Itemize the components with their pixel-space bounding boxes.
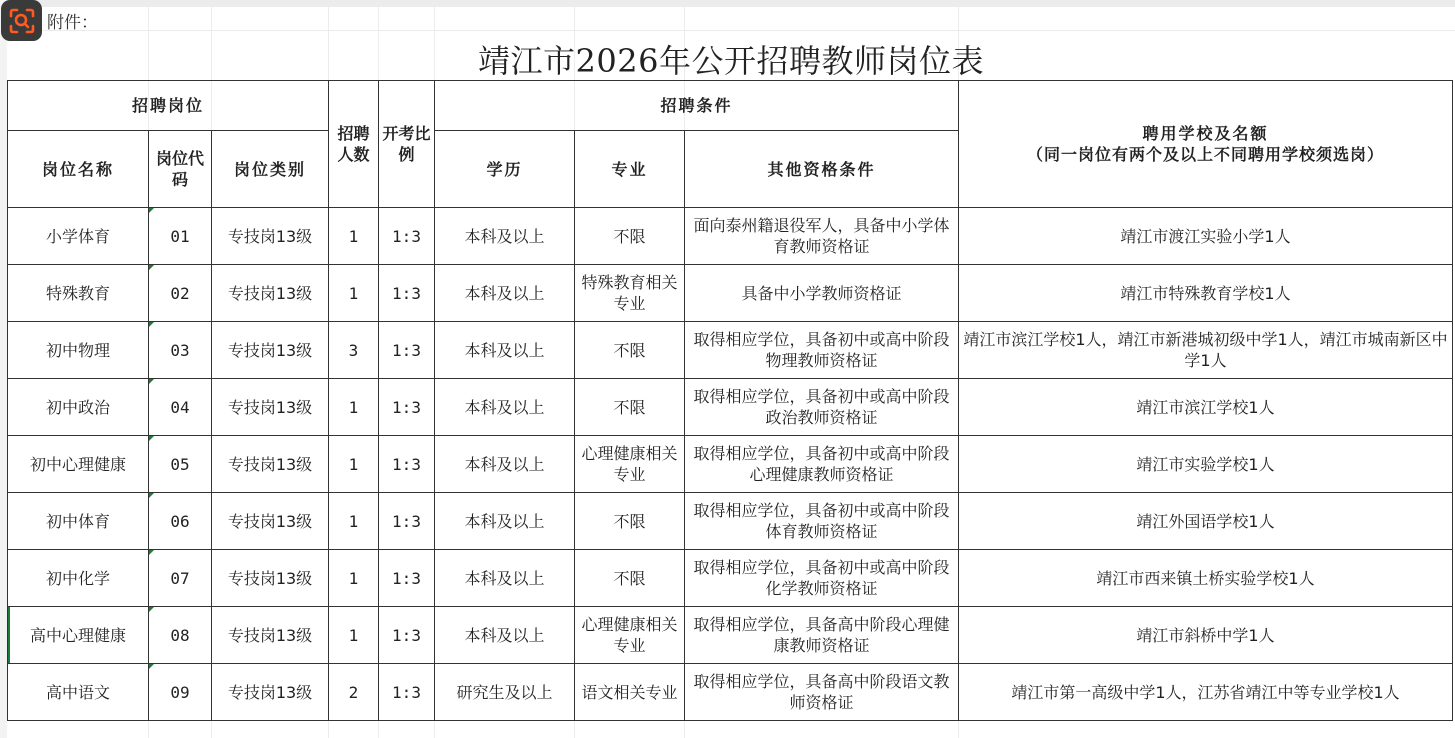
cell-exam-ratio[interactable]: 1:3 xyxy=(379,379,435,436)
cell-position-type[interactable]: 专技岗13级 xyxy=(212,436,329,493)
cell-major[interactable]: 不限 xyxy=(575,208,685,265)
cell-schools[interactable]: 靖江市实验学校1人 xyxy=(959,436,1453,493)
cell-schools[interactable]: 靖江市斜桥中学1人 xyxy=(959,607,1453,664)
cell-major[interactable]: 不限 xyxy=(575,322,685,379)
cell-schools[interactable]: 靖江市特殊教育学校1人 xyxy=(959,265,1453,322)
header-major: 专业 xyxy=(575,131,685,208)
cell-schools[interactable]: 靖江市滨江学校1人 xyxy=(959,379,1453,436)
cell-education[interactable]: 本科及以上 xyxy=(435,322,575,379)
header-hire-count: 招聘人数 xyxy=(329,81,379,208)
row-header-gutter xyxy=(0,0,7,738)
cell-education[interactable]: 本科及以上 xyxy=(435,379,575,436)
table-row: 初中体育 06 专技岗13级 1 1:3 本科及以上 不限 取得相应学位，具备初… xyxy=(8,493,1453,550)
cell-position-type[interactable]: 专技岗13级 xyxy=(212,607,329,664)
table-row: 特殊教育 02 专技岗13级 1 1:3 本科及以上 特殊教育相关专业 具备中小… xyxy=(8,265,1453,322)
cell-exam-ratio[interactable]: 1:3 xyxy=(379,322,435,379)
cell-exam-ratio[interactable]: 1:3 xyxy=(379,664,435,721)
cell-other-conditions[interactable]: 具备中小学教师资格证 xyxy=(685,265,959,322)
cell-position-type[interactable]: 专技岗13级 xyxy=(212,265,329,322)
cell-major[interactable]: 不限 xyxy=(575,379,685,436)
header-schools-note: （同一岗位有两个及以上不同聘用学校须选岗） xyxy=(961,144,1450,165)
cell-position-code[interactable]: 02 xyxy=(149,265,212,322)
cell-major[interactable]: 不限 xyxy=(575,493,685,550)
cell-position-type[interactable]: 专技岗13级 xyxy=(212,664,329,721)
table-row: 初中化学 07 专技岗13级 1 1:3 本科及以上 不限 取得相应学位，具备初… xyxy=(8,550,1453,607)
recruitment-table: 招聘岗位 招聘人数 开考比例 招聘条件 聘用学校及名额 （同一岗位有两个及以上不… xyxy=(7,80,1453,721)
cell-position-code[interactable]: 03 xyxy=(149,322,212,379)
cell-position-code[interactable]: 04 xyxy=(149,379,212,436)
cell-major[interactable]: 语文相关专业 xyxy=(575,664,685,721)
table-row: 初中心理健康 05 专技岗13级 1 1:3 本科及以上 心理健康相关专业 取得… xyxy=(8,436,1453,493)
cell-exam-ratio[interactable]: 1:3 xyxy=(379,208,435,265)
table-row: 小学体育 01 专技岗13级 1 1:3 本科及以上 不限 面向泰州籍退役军人，… xyxy=(8,208,1453,265)
cell-position-code[interactable]: 07 xyxy=(149,550,212,607)
cell-exam-ratio[interactable]: 1:3 xyxy=(379,265,435,322)
header-conditions-group: 招聘条件 xyxy=(435,81,959,131)
cell-education[interactable]: 本科及以上 xyxy=(435,208,575,265)
cell-position-name[interactable]: 初中政治 xyxy=(8,379,149,436)
cell-education[interactable]: 本科及以上 xyxy=(435,493,575,550)
cell-position-type[interactable]: 专技岗13级 xyxy=(212,550,329,607)
cell-major[interactable]: 不限 xyxy=(575,550,685,607)
cell-position-name[interactable]: 高中语文 xyxy=(8,664,149,721)
cell-position-name[interactable]: 初中化学 xyxy=(8,550,149,607)
scan-search-icon[interactable] xyxy=(1,0,42,41)
cell-education[interactable]: 本科及以上 xyxy=(435,607,575,664)
table-row: 初中物理 03 专技岗13级 3 1:3 本科及以上 不限 取得相应学位，具备初… xyxy=(8,322,1453,379)
cell-position-code[interactable]: 08 xyxy=(149,607,212,664)
cell-schools[interactable]: 靖江市第一高级中学1人，江苏省靖江中等专业学校1人 xyxy=(959,664,1453,721)
header-position-type: 岗位类别 xyxy=(212,131,329,208)
header-other-conditions: 其他资格条件 xyxy=(685,131,959,208)
cell-other-conditions[interactable]: 取得相应学位，具备初中或高中阶段心理健康教师资格证 xyxy=(685,436,959,493)
cell-hire-count[interactable]: 1 xyxy=(329,436,379,493)
column-header-strip xyxy=(0,0,1455,7)
gridline xyxy=(0,30,1455,31)
header-position-name: 岗位名称 xyxy=(8,131,149,208)
cell-other-conditions[interactable]: 取得相应学位，具备初中或高中阶段物理教师资格证 xyxy=(685,322,959,379)
cell-position-name[interactable]: 特殊教育 xyxy=(8,265,149,322)
cell-other-conditions[interactable]: 取得相应学位，具备高中阶段语文教师资格证 xyxy=(685,664,959,721)
table-row: 高中语文 09 专技岗13级 2 1:3 研究生及以上 语文相关专业 取得相应学… xyxy=(8,664,1453,721)
cell-exam-ratio[interactable]: 1:3 xyxy=(379,493,435,550)
cell-education[interactable]: 本科及以上 xyxy=(435,436,575,493)
attachment-label: 附件： xyxy=(47,8,98,33)
header-position-code: 岗位代码 xyxy=(149,131,212,208)
cell-other-conditions[interactable]: 取得相应学位，具备初中或高中阶段政治教师资格证 xyxy=(685,379,959,436)
cell-position-code[interactable]: 01 xyxy=(149,208,212,265)
table-row: 高中心理健康 08 专技岗13级 1 1:3 本科及以上 心理健康相关专业 取得… xyxy=(8,607,1453,664)
cell-position-name-selected[interactable]: 高中心理健康 xyxy=(8,607,149,664)
cell-other-conditions[interactable]: 面向泰州籍退役军人，具备中小学体育教师资格证 xyxy=(685,208,959,265)
cell-schools[interactable]: 靖江外国语学校1人 xyxy=(959,493,1453,550)
cell-other-conditions[interactable]: 取得相应学位，具备初中或高中阶段化学教师资格证 xyxy=(685,550,959,607)
cell-major[interactable]: 心理健康相关专业 xyxy=(575,607,685,664)
cell-position-name[interactable]: 初中物理 xyxy=(8,322,149,379)
cell-exam-ratio[interactable]: 1:3 xyxy=(379,436,435,493)
cell-position-name[interactable]: 初中心理健康 xyxy=(8,436,149,493)
cell-schools[interactable]: 靖江市西来镇土桥实验学校1人 xyxy=(959,550,1453,607)
cell-hire-count[interactable]: 1 xyxy=(329,379,379,436)
cell-position-code[interactable]: 05 xyxy=(149,436,212,493)
cell-education[interactable]: 本科及以上 xyxy=(435,265,575,322)
header-position-group: 招聘岗位 xyxy=(8,81,329,131)
cell-schools[interactable]: 靖江市渡江实验小学1人 xyxy=(959,208,1453,265)
cell-hire-count[interactable]: 1 xyxy=(329,265,379,322)
header-exam-ratio: 开考比例 xyxy=(379,81,435,208)
header-schools: 聘用学校及名额 （同一岗位有两个及以上不同聘用学校须选岗） xyxy=(959,81,1453,208)
cell-major[interactable]: 心理健康相关专业 xyxy=(575,436,685,493)
cell-position-type[interactable]: 专技岗13级 xyxy=(212,379,329,436)
cell-hire-count[interactable]: 1 xyxy=(329,208,379,265)
cell-hire-count[interactable]: 2 xyxy=(329,664,379,721)
cell-position-name[interactable]: 初中体育 xyxy=(8,493,149,550)
cell-hire-count[interactable]: 3 xyxy=(329,322,379,379)
cell-hire-count[interactable]: 1 xyxy=(329,550,379,607)
cell-major[interactable]: 特殊教育相关专业 xyxy=(575,265,685,322)
cell-other-conditions[interactable]: 取得相应学位，具备初中或高中阶段体育教师资格证 xyxy=(685,493,959,550)
cell-education[interactable]: 本科及以上 xyxy=(435,550,575,607)
cell-position-type[interactable]: 专技岗13级 xyxy=(212,208,329,265)
cell-hire-count[interactable]: 1 xyxy=(329,493,379,550)
cell-position-type[interactable]: 专技岗13级 xyxy=(212,322,329,379)
cell-hire-count[interactable]: 1 xyxy=(329,607,379,664)
header-schools-title: 聘用学校及名额 xyxy=(961,123,1450,144)
cell-education[interactable]: 研究生及以上 xyxy=(435,664,575,721)
table-row: 初中政治 04 专技岗13级 1 1:3 本科及以上 不限 取得相应学位，具备初… xyxy=(8,379,1453,436)
cell-other-conditions[interactable]: 取得相应学位，具备高中阶段心理健康教师资格证 xyxy=(685,607,959,664)
cell-position-name[interactable]: 小学体育 xyxy=(8,208,149,265)
cell-schools[interactable]: 靖江市滨江学校1人，靖江市新港城初级中学1人，靖江市城南新区中学1人 xyxy=(959,322,1453,379)
cell-exam-ratio[interactable]: 1:3 xyxy=(379,550,435,607)
cell-position-code[interactable]: 09 xyxy=(149,664,212,721)
header-education: 学历 xyxy=(435,131,575,208)
page-title: 靖江市2026年公开招聘教师岗位表 xyxy=(7,36,1455,82)
cell-exam-ratio[interactable]: 1:3 xyxy=(379,607,435,664)
cell-position-type[interactable]: 专技岗13级 xyxy=(212,493,329,550)
cell-position-code[interactable]: 06 xyxy=(149,493,212,550)
